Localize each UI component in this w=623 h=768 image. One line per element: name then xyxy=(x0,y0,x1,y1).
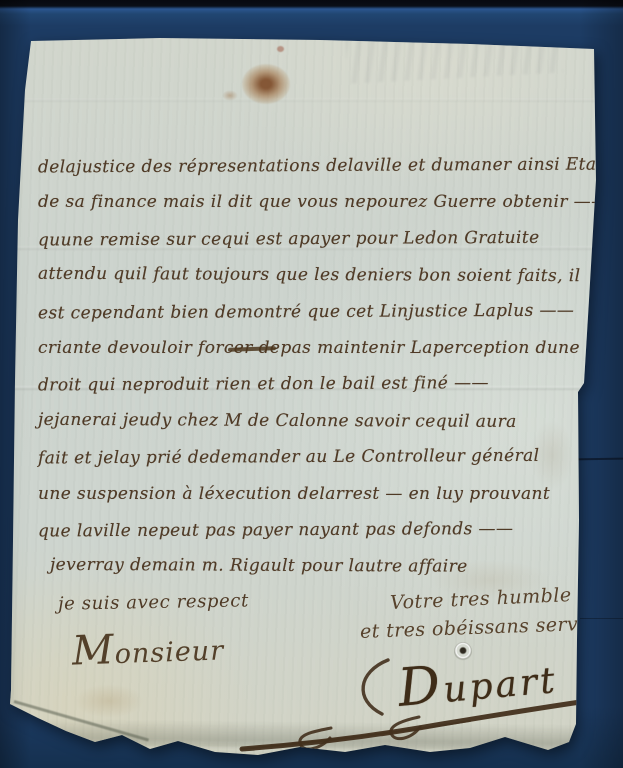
letter-sheet-wrapper: delajustice des répresentations delavill… xyxy=(0,0,623,768)
scanned-letter-photo: delajustice des répresentations delavill… xyxy=(0,0,623,768)
paper-edge-shadow xyxy=(0,0,623,768)
